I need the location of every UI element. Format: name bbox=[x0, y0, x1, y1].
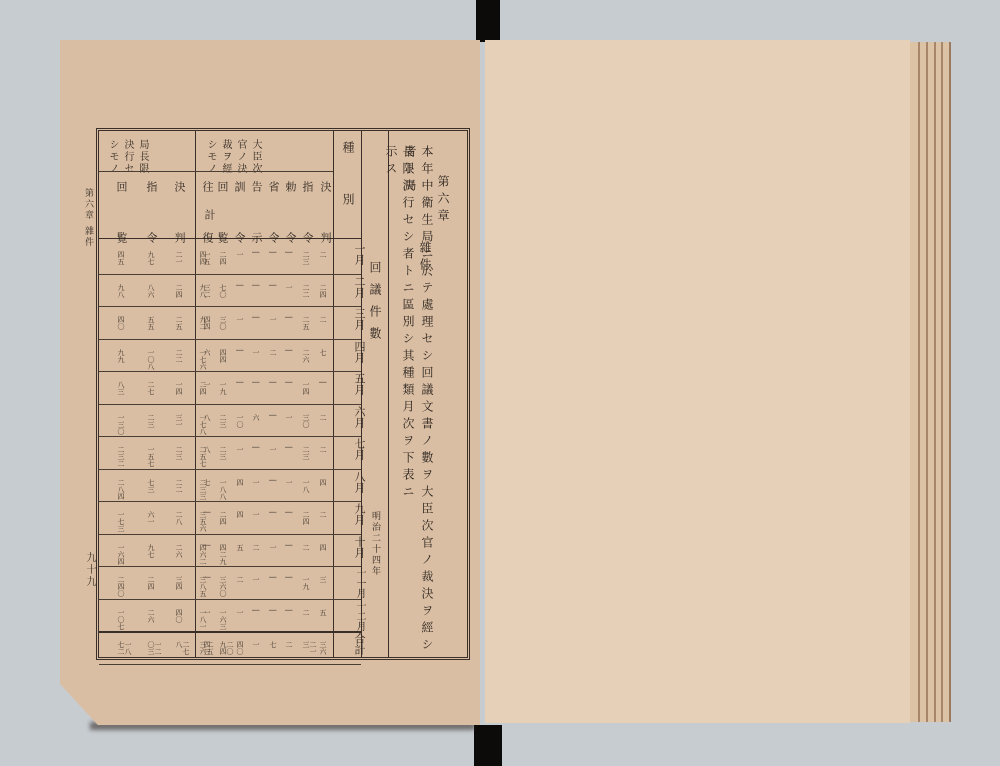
table-cell: 九二 bbox=[199, 316, 206, 330]
table-cell: 二三 bbox=[302, 446, 309, 460]
row-label: 十二月 bbox=[337, 601, 367, 631]
table-cell: 二五 bbox=[302, 316, 309, 330]
table-caption: 回議件數 bbox=[367, 261, 384, 349]
row-divider bbox=[99, 599, 361, 600]
table-cell: 四〇 bbox=[117, 316, 124, 330]
table-cell: 一二〇三 bbox=[147, 641, 161, 657]
era-note: 明治二十四年 bbox=[369, 511, 382, 577]
table-cell: 三四 bbox=[175, 576, 182, 590]
table-cell: | bbox=[252, 316, 259, 318]
table-cell: 二三 bbox=[175, 446, 182, 460]
table-cell: 五五 bbox=[147, 316, 154, 330]
table-cell: 二三 bbox=[302, 251, 309, 265]
table-cell: 二六 bbox=[147, 609, 154, 623]
table-cell: 二四 bbox=[319, 284, 326, 298]
table-cell: 一 bbox=[252, 641, 259, 648]
table-cell: 八三 bbox=[117, 381, 124, 395]
table-cell: | bbox=[285, 511, 292, 513]
table-cell: 二 bbox=[319, 251, 326, 258]
table-cell: | bbox=[285, 576, 292, 578]
table-cell: | bbox=[269, 479, 276, 481]
table-cell: 一四 bbox=[175, 381, 182, 395]
intro-line-2: 長限決行セシ者トニ區別シ其種類月次ヲ下表ニ示ス bbox=[383, 145, 417, 505]
table-cell: 七〇 bbox=[219, 284, 226, 298]
group-header-bureau: 局長限決行セシモノ bbox=[105, 139, 150, 175]
table-cell: 四 bbox=[236, 479, 243, 486]
table-cell: | bbox=[285, 251, 292, 253]
row-divider bbox=[99, 339, 361, 340]
table-cell: 二〇九四 bbox=[219, 641, 233, 657]
table-cell: 二四〇 bbox=[117, 576, 124, 597]
table-cell: 二 bbox=[319, 511, 326, 518]
table-cell: 二六 bbox=[302, 349, 309, 363]
table-cell: | bbox=[269, 251, 276, 253]
table-cell: 一七六 bbox=[199, 349, 206, 370]
table-cell: | bbox=[269, 381, 276, 383]
table-cell: 七 bbox=[269, 641, 276, 648]
table-cell: 二 bbox=[319, 414, 326, 421]
table-cell: 二 bbox=[319, 446, 326, 453]
table-cell: 四五 bbox=[117, 251, 124, 265]
table-cell: 二二 bbox=[302, 284, 309, 298]
table-cell: 二八四 bbox=[117, 479, 124, 500]
table-cell: 一 bbox=[252, 479, 259, 486]
row-label: 三月 bbox=[337, 308, 367, 330]
table-cell: | bbox=[269, 284, 276, 286]
table-cell: | bbox=[285, 544, 292, 546]
statistics-table: 第六章 雜件 本年中衛生局ニ於テ處理セシ回議文書ノ數ヲ大臣次官ノ裁決ヲ經シ者ト局… bbox=[96, 128, 470, 660]
row-label: 八月 bbox=[337, 471, 367, 493]
column-header: 指令 bbox=[299, 181, 315, 283]
row-label: 九月 bbox=[337, 503, 367, 525]
table-cell: 二三三 bbox=[199, 479, 206, 500]
table-cell: | bbox=[269, 576, 276, 578]
table-cell: 九八 bbox=[117, 284, 124, 298]
table-cell: 一八八 bbox=[219, 479, 226, 500]
table-cell: 二三 bbox=[219, 414, 226, 428]
table-cell: 一 bbox=[285, 284, 292, 291]
table-cell: 一八七二 bbox=[117, 641, 131, 657]
row-divider bbox=[99, 469, 361, 470]
column-header: 決判 bbox=[317, 181, 333, 283]
column-header: 訓令 bbox=[231, 181, 247, 283]
table-cell: 九七 bbox=[147, 544, 154, 558]
row-divider bbox=[99, 664, 361, 665]
table-cell: | bbox=[236, 284, 243, 286]
table-cell: 一 bbox=[269, 316, 276, 323]
row-label: 一月 bbox=[337, 243, 367, 265]
column-header: 指令 bbox=[143, 181, 159, 283]
table-cell: | bbox=[319, 381, 326, 383]
header-divider bbox=[99, 171, 333, 172]
table-cell: | bbox=[236, 381, 243, 383]
table-cell: 二五 bbox=[175, 316, 182, 330]
table-cell: 五 bbox=[319, 609, 326, 616]
table-cell: 九七 bbox=[147, 251, 154, 265]
table-cell: 二七 bbox=[147, 381, 154, 395]
table-cell: 一 bbox=[285, 479, 292, 486]
table-cell: 四六二 bbox=[199, 544, 206, 565]
row-divider bbox=[99, 534, 361, 535]
table-cell: | bbox=[285, 609, 292, 611]
page-edge bbox=[941, 42, 951, 722]
table-cell: | bbox=[252, 251, 259, 253]
table-cell: | bbox=[285, 316, 292, 318]
table-cell: 二 bbox=[302, 544, 309, 551]
table-cell: 一 bbox=[269, 446, 276, 453]
table-cell: 九九 bbox=[117, 349, 124, 363]
table-cell: 三 bbox=[319, 576, 326, 583]
chapter-title: 第六章 bbox=[435, 175, 452, 226]
row-divider bbox=[99, 404, 361, 405]
column-header: 勅令 bbox=[282, 181, 298, 283]
table-cell: 一〇七 bbox=[117, 609, 124, 630]
table-cell: 一六三 bbox=[219, 609, 226, 630]
table-cell: 八六 bbox=[147, 284, 154, 298]
table-cell: 二七八 bbox=[175, 641, 189, 657]
table-cell: 一五七 bbox=[147, 446, 154, 467]
table-cell: | bbox=[269, 609, 276, 611]
table-cell: 一九 bbox=[219, 381, 226, 395]
table-cell: 四 bbox=[319, 544, 326, 551]
table-cell: 一三〇 bbox=[117, 414, 124, 435]
table-cell: | bbox=[269, 414, 276, 416]
column-header: 省令 bbox=[265, 181, 281, 283]
row-divider bbox=[99, 274, 361, 275]
row-divider bbox=[99, 306, 361, 307]
row-label: 合計 bbox=[337, 633, 367, 655]
table-cell: 三五六 bbox=[199, 511, 206, 532]
row-divider bbox=[99, 631, 361, 633]
table-cell: | bbox=[252, 609, 259, 611]
table-cell: 二五三六 bbox=[199, 641, 213, 657]
table-cell: 二四 bbox=[147, 576, 154, 590]
table-cell: 二 bbox=[302, 609, 309, 616]
table-cell: 四二九 bbox=[219, 544, 226, 565]
page-number: 九十九 bbox=[82, 552, 97, 588]
table-cell: 四四 bbox=[219, 349, 226, 363]
row-header: 種別 bbox=[340, 141, 357, 245]
table-cell: 一〇八 bbox=[147, 349, 154, 370]
table-cell: 七三 bbox=[147, 479, 154, 493]
table-cell: 七 bbox=[319, 349, 326, 356]
table-cell: 二 bbox=[269, 349, 276, 356]
table-cell: 四四 bbox=[199, 251, 206, 265]
spine-bottom bbox=[474, 725, 502, 766]
spine-top bbox=[476, 0, 500, 42]
table-cell: 一 bbox=[236, 251, 243, 258]
table-cell: 一八一 bbox=[199, 609, 206, 630]
table-cell: 一七八 bbox=[199, 414, 206, 435]
table-cell: 二四 bbox=[175, 284, 182, 298]
group-header-minister: 大臣次官ノ決裁ヲ經シモノ bbox=[203, 139, 263, 175]
table-cell: 二 bbox=[236, 576, 243, 583]
table-cell: | bbox=[285, 349, 292, 351]
row-label: 十一月 bbox=[337, 568, 367, 598]
table-cell: 三八五 bbox=[199, 576, 206, 597]
table-cell: 一 bbox=[252, 576, 259, 583]
table-cell: 一六四 bbox=[117, 544, 124, 565]
table-cell: 二八 bbox=[175, 511, 182, 525]
column-header: 決判 bbox=[171, 181, 187, 283]
table-cell: 九八 bbox=[199, 284, 206, 298]
table-cell: 一 bbox=[236, 446, 243, 453]
table-cell: 一 bbox=[236, 609, 243, 616]
table-cell: 二六 bbox=[175, 544, 182, 558]
table-cell: 二一 bbox=[175, 251, 182, 265]
row-divider bbox=[99, 501, 361, 502]
table-cell: | bbox=[285, 446, 292, 448]
table-cell: 六 bbox=[252, 414, 259, 421]
table-cell: | bbox=[252, 446, 259, 448]
row-label: 五月 bbox=[337, 373, 367, 395]
table-cell: 一四 bbox=[302, 381, 309, 395]
table-cell: 一 bbox=[252, 511, 259, 518]
table-cell: 二四 bbox=[199, 381, 206, 395]
table-cell: 三六 bbox=[319, 641, 326, 655]
table-cell: 二 bbox=[319, 316, 326, 323]
row-divider bbox=[99, 371, 361, 372]
table-cell: 二四 bbox=[219, 251, 226, 265]
column-header: 告示 bbox=[248, 181, 264, 283]
row-divider bbox=[99, 436, 361, 437]
table-cell: 二四 bbox=[219, 511, 226, 525]
table-cell: | bbox=[269, 511, 276, 513]
table-cell: 四 bbox=[319, 479, 326, 486]
table-cell: | bbox=[252, 381, 259, 383]
row-label: 二月 bbox=[337, 276, 367, 298]
table-cell: 二二 bbox=[175, 479, 182, 493]
table-cell: 一 bbox=[236, 316, 243, 323]
table-cell: | bbox=[285, 381, 292, 383]
row-label: 十月 bbox=[337, 536, 367, 558]
table-cell: 二二 bbox=[175, 349, 182, 363]
table-cell: 六一 bbox=[147, 511, 154, 525]
table-cell: 四〇 bbox=[175, 609, 182, 623]
row-divider bbox=[99, 566, 361, 567]
row-label: 六月 bbox=[337, 406, 367, 428]
table-cell: | bbox=[252, 284, 259, 286]
table-cell: 二三 bbox=[147, 414, 154, 428]
running-head: 第六章 雜件 bbox=[82, 188, 95, 248]
column-divider bbox=[195, 131, 196, 657]
table-cell: 一 bbox=[252, 349, 259, 356]
table-cell: 二五七 bbox=[199, 446, 206, 467]
table-cell: 四〇 bbox=[236, 641, 243, 655]
row-label: 七月 bbox=[337, 438, 367, 460]
table-cell: 一八 bbox=[302, 479, 309, 493]
right-page-blank bbox=[485, 40, 910, 723]
table-cell: 三〇 bbox=[219, 316, 226, 330]
table-cell: 二 bbox=[252, 544, 259, 551]
table-cell: 二四 bbox=[302, 511, 309, 525]
table-cell: 一九 bbox=[302, 576, 309, 590]
column-header: 回覧 bbox=[113, 181, 129, 283]
table-cell: 一 bbox=[269, 544, 276, 551]
table-cell: | bbox=[236, 349, 243, 351]
table-cell: 一 bbox=[285, 414, 292, 421]
table-cell: 三一 bbox=[175, 414, 182, 428]
table-cell: 三六〇 bbox=[219, 576, 226, 597]
table-cell: 二三 bbox=[219, 446, 226, 460]
table-cell: 五 bbox=[236, 544, 243, 551]
table-cell: 二三二 bbox=[117, 446, 124, 467]
table-cell: 四 bbox=[236, 511, 243, 518]
table-cell: 一七三 bbox=[117, 511, 124, 532]
table-cell: 二 bbox=[285, 641, 292, 648]
table-cell: 三〇 bbox=[302, 414, 309, 428]
table-cell: 一〇 bbox=[236, 414, 243, 428]
column-divider bbox=[333, 131, 334, 657]
row-label: 四月 bbox=[337, 341, 367, 363]
table-cell: 二一三 bbox=[302, 641, 316, 657]
